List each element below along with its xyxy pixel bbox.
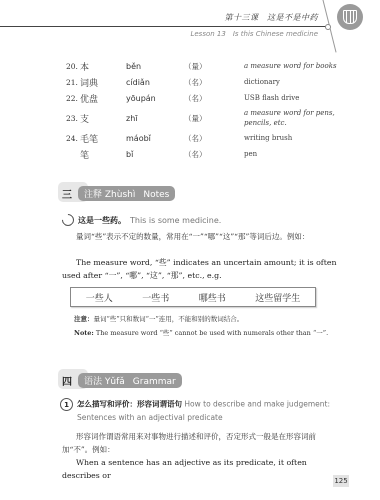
section-title-zh: 注释 [84,190,102,200]
note-paragraph-en: The measure word, “些” indicates an uncer… [62,256,346,282]
section-title-pill: 注释 ZhùshìNotes [78,186,175,201]
grammar-heading-en: How to describe and make judgement: [184,400,330,409]
grammar-point-heading: 1怎么描写和评价：形容词谓语句 How to describe and make… [60,398,360,422]
vocabulary-list: 20. 本 běn （量） a measure word for books 2… [66,58,366,162]
vocab-pos: （名） [184,77,244,88]
note-heading-zh: 这是一些药。 [78,215,126,226]
vocab-pinyin: cídiǎn [126,78,184,87]
vocab-row: 20. 本 běn （量） a measure word for books [66,58,366,74]
vocab-pos: （名） [184,93,244,104]
vocab-pinyin: bǐ [126,150,184,159]
vocab-number: 20. [66,62,80,71]
vocab-hanzi: 本 [80,60,126,73]
grammar-paragraph-en: When a sentence has an adjective as its … [62,456,346,482]
vocab-definition: a measure word for pens, pencils, etc. [244,108,364,128]
example-phrase: 这些留学生 [255,291,300,304]
vocab-row: 23. 支 zhī （量） a measure word for pens, p… [66,106,366,130]
section-title-pill: 语法 YǔfǎGrammar [78,373,182,388]
grammar-heading-zh: 怎么描写和评价：形容词谓语句 [77,400,182,409]
vocab-pos: （名） [184,133,244,144]
vocab-pos: （名） [184,149,244,160]
section-number: 四 [62,373,78,388]
page-header: 第十三课 这是不是中药 Lesson 13 Is this Chinese me… [0,0,380,50]
vocab-row: 22. 优盘 yōupán （名） USB flash drive [66,90,366,106]
vocab-pinyin: yōupán [126,94,184,103]
page-number: 125 [333,475,349,487]
note-heading: 这是一些药。 This is some medicine. [62,214,221,226]
attention-note-en: Note: The measure word “些” cannot be use… [74,328,354,337]
vocab-row: 笔 bǐ （名） pen [66,146,366,162]
attention-note-zh: 注意：量词“些”只和数词“一”连用，不能和别的数词结合。 [74,314,354,323]
section-title-en: Notes [143,190,169,200]
vocab-pos: （量） [184,61,244,72]
grammar-heading-en-line2: Sentences with an adjectival predicate [77,413,360,422]
attention-label: 注意： [74,315,94,323]
attention-text: 量词“些”只和数词“一”连用，不能和别的数词结合。 [94,315,244,323]
section-heading-grammar: 四 语法 YǔfǎGrammar [62,373,182,388]
section-title-en: Grammar [133,377,176,387]
vocab-hanzi: 词典 [80,76,126,89]
example-phrase: 一些书 [142,291,169,304]
note-paragraph-zh: 量词“些”表示不定的数量，常用在“一”“哪”“这”“那”等词后边。例如： [62,230,346,243]
vocab-number: 22. [66,94,80,103]
section-number: 三 [62,186,78,201]
header-rule [0,26,328,27]
vocab-definition: a measure word for books [244,61,364,71]
vocab-hanzi: 笔 [80,148,126,161]
attention-text: The measure word “些” cannot be used with… [94,329,328,337]
vocab-hanzi: 支 [80,112,126,125]
vocab-definition: writing brush [244,133,364,143]
lesson-title-zh: 第十三课 这是不是中药 [225,12,319,23]
vocab-pinyin: máobǐ [126,134,184,143]
section-title-pinyin: Zhùshì [105,190,135,200]
note-heading-en: This is some medicine. [130,216,221,225]
example-box: 一些人 一些书 哪些书 这些留学生 [70,287,316,307]
vocab-pinyin: zhī [126,114,184,123]
example-phrase: 哪些书 [199,291,226,304]
vocab-definition: pen [244,149,364,159]
vocab-definition: dictionary [244,77,364,87]
lesson-title-en: Lesson 13 Is this Chinese medicine [190,29,318,39]
section-title-pinyin: Yǔfǎ [105,377,125,387]
vocab-pinyin: běn [126,62,184,71]
section-title-zh: 语法 [84,377,102,387]
section-heading-notes: 三 注释 ZhùshìNotes [62,186,175,201]
vocab-number: 23. [66,114,80,123]
vocab-hanzi: 优盘 [80,92,126,105]
vocab-number: 24. [66,134,80,143]
vocab-definition: USB flash drive [244,93,364,103]
book-emblem-icon [337,4,363,30]
vocab-pos: （量） [184,113,244,124]
vocab-hanzi: 毛笔 [80,132,126,145]
example-phrase: 一些人 [86,291,113,304]
vocab-number: 21. [66,78,80,87]
circled-number-icon: 1 [60,398,73,411]
vocab-row: 24. 毛笔 máobǐ （名） writing brush [66,130,366,146]
header-dot [325,24,331,30]
bracket-icon [60,212,77,229]
vocab-row: 21. 词典 cídiǎn （名） dictionary [66,74,366,90]
grammar-paragraph-zh: 形容词作谓语常用来对事物进行描述和评价，否定形式一般是在形容词前加“不”。例如： [62,430,346,456]
attention-label: Note: [74,329,94,337]
